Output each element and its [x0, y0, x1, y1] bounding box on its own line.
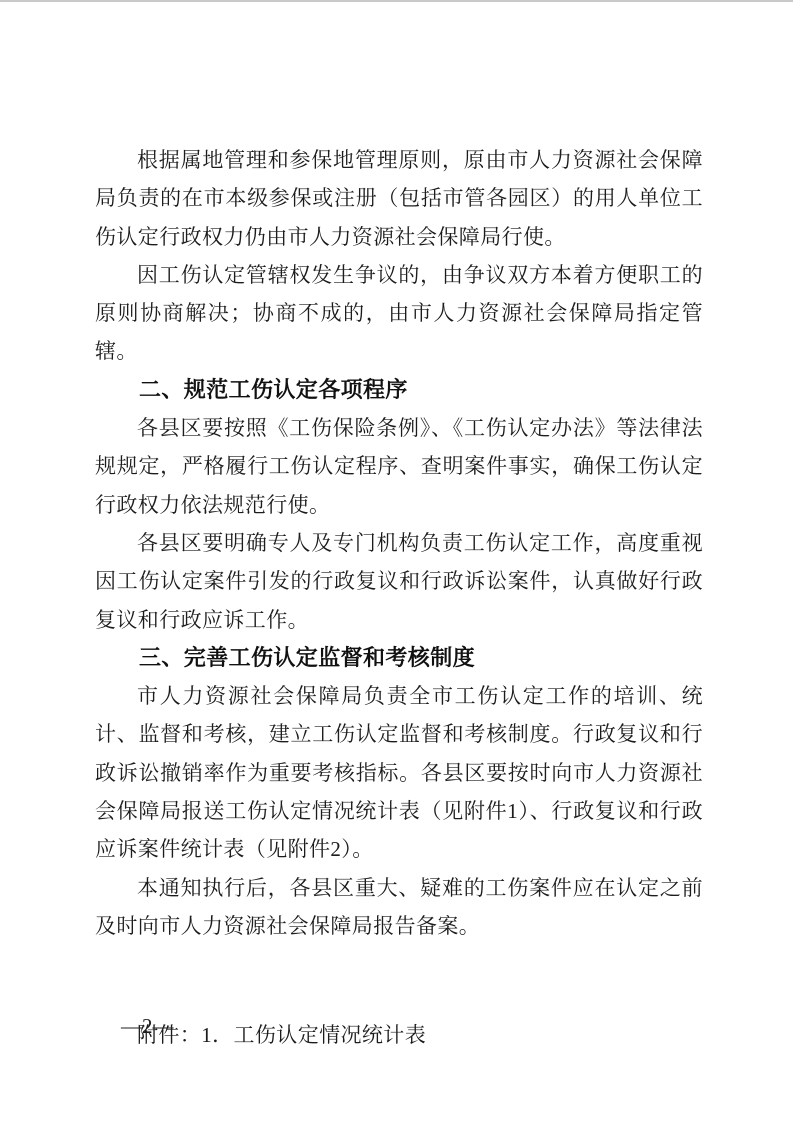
- paragraph-major-cases-report: 本通知执行后，各县区重大、疑难的工伤案件应在认定之前及时向市人力资源社会保障局报…: [95, 869, 703, 946]
- scan-edge-line: [0, 0, 793, 2]
- section-heading-3-supervision: 三、完善工伤认定监督和考核制度: [95, 639, 703, 677]
- page-number: —2—: [121, 1011, 174, 1041]
- document-body: 根据属地管理和参保地管理原则，原由市人力资源社会保障局负责的在市本级参保或注册（…: [95, 141, 703, 1055]
- attachments-line: 附件：1．工伤认定情况统计表: [95, 1016, 703, 1054]
- section-heading-2-procedures: 二、规范工伤认定各项程序: [95, 371, 703, 409]
- paragraph-jurisdiction-dispute: 因工伤认定管辖权发生争议的，由争议双方本着方便职工的原则协商解决；协商不成的，由…: [95, 256, 703, 371]
- paragraph-supervision-assessment: 市人力资源社会保障局负责全市工伤认定工作的培训、统计、监督和考核，建立工伤认定监…: [95, 677, 703, 868]
- document-page: 根据属地管理和参保地管理原则，原由市人力资源社会保障局负责的在市本级参保或注册（…: [0, 0, 793, 1122]
- paragraph-dedicated-staff: 各县区要明确专人及专门机构负责工伤认定工作，高度重视因工伤认定案件引发的行政复议…: [95, 524, 703, 639]
- paragraph-follow-regulations: 各县区要按照《工伤保险条例》、《工伤认定办法》等法律法规规定，严格履行工伤认定程…: [95, 409, 703, 524]
- paragraph-jurisdiction-principle: 根据属地管理和参保地管理原则，原由市人力资源社会保障局负责的在市本级参保或注册（…: [95, 141, 703, 256]
